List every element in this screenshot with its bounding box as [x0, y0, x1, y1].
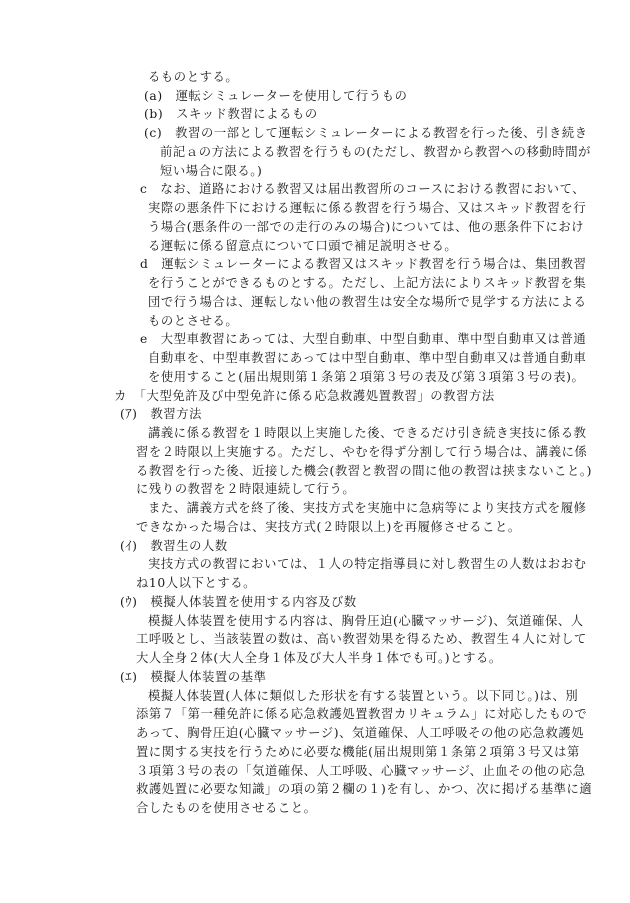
text-line: できなかった場合は、実技方式(２時限以上)を再履修させること。 — [136, 520, 521, 534]
text-line: e 大型車教習にあっては、大型自動車、中型自動車、準中型自動車又は普通 — [140, 332, 586, 346]
text-line: 工呼吸とし、当該装置の数は、高い教習効果を得るため、教習生４人に対して — [136, 632, 587, 646]
text-line: 置に関する実技を行うために必要な機能(届出規則第１条第２項第３号又は第 — [136, 745, 580, 759]
text-line: d 運転シミュレーターによる教習又はスキッド教習を行う場合は、集団教習 — [140, 257, 586, 271]
text-line: 実際の悪条件下における運転に係る教習を行う場合、又はスキッド教習を行 — [148, 201, 586, 215]
text-line: あって、胸骨圧迫(心臓マッサージ)、気道確保、人工呼吸その他の応急救護処 — [136, 726, 584, 740]
text-line: 模擬人体装置(人体に類似した形状を有する装置という。以下同じ。)は、別 — [148, 689, 578, 703]
text-line: 団で行う場合は、運転しない他の教習生は安全な場所で見学する方法による — [148, 295, 587, 309]
text-line: う場合(悪条件の一部での走行のみの場合)については、他の悪条件下におけ — [148, 220, 584, 234]
text-line: 実技方式の教習においては、１人の特定指導員に対し教習生の人数はおおむ — [148, 557, 587, 571]
text-line: また、講義方式を終了後、実技方式を実施中に急病等により実技方式を履修 — [148, 501, 587, 515]
text-line: 合したものを使用させること。 — [136, 801, 317, 815]
text-line: ね10人以下とする。 — [136, 576, 256, 590]
text-line: に残りの教習を２時限連続して行う。 — [136, 482, 355, 496]
text-line: (a) 運転シミュレーターを使用して行うもの — [144, 89, 408, 103]
document-page: るものとする。(a) 運転シミュレーターを使用して行うもの(b) スキッド教習に… — [0, 0, 630, 903]
text-line: (ｳ) 模擬人体装置を使用する内容及び数 — [120, 595, 357, 609]
text-line: (ｲ) 教習生の人数 — [120, 539, 228, 553]
text-line: (ｴ) 模擬人体装置の基準 — [120, 670, 267, 684]
text-line: c なお、道路における教習又は届出教習所のコースにおける教習において、 — [140, 182, 585, 196]
text-line: を行うことができるものとする。ただし、上記方法によりスキッド教習を集 — [148, 276, 586, 290]
text-line: 大人全身２体(大人全身１体及び大人半身１体でも可。)とする。 — [136, 651, 502, 665]
text-line: る教習を行った後、近接した機会(教習と教習の間に他の教習は挟まないこと。) — [136, 464, 592, 478]
text-line: カ 「大型免許及び中型免許に係る応急救護処置教習」の教習方法 — [114, 389, 495, 403]
text-line: 救護処置に必要な知識」の項の第２欄の１)を有し、かつ、次に掲げる基準に適 — [136, 782, 592, 796]
text-line: ３項第３号の表の「気道確保、人工呼吸、心臓マッサージ、止血その他の応急 — [136, 764, 586, 778]
text-line: (ｱ) 教習方法 — [120, 407, 202, 421]
text-line: 自動車を、中型車教習にあっては中型自動車、準中型自動車又は普通自動車 — [148, 351, 586, 365]
text-line: ものとさせる。 — [148, 314, 238, 328]
text-line: 講義に係る教習を１時限以上実施した後、できるだけ引き続き実技に係る教 — [148, 426, 587, 440]
text-line: 模擬人体装置を使用する内容は、胸骨圧迫(心臓マッサージ)、気道確保、人 — [148, 614, 584, 628]
text-line: (c) 教習の一部として運転シミュレーターによる教習を行った後、引き続き — [144, 126, 588, 140]
text-line: 添第７「第一種免許に係る応急救護処置教習カリキュラム」に対応したもので — [136, 707, 587, 721]
text-line: (b) スキッド教習によるもの — [144, 107, 318, 121]
text-line: る運転に係る留意点について口頭で補足説明させる。 — [148, 239, 457, 253]
text-line: 習を２時限以上実施する。ただし、やむを得ず分割して行う場合は、講義に係 — [136, 445, 587, 459]
text-line: 短い場合に限る。) — [160, 164, 262, 178]
text-line: 前記ａの方法による教習を行うもの(ただし、教習から教習への移動時間が — [160, 145, 591, 159]
text-line: るものとする。 — [148, 70, 238, 84]
text-line: を使用すること(届出規則第１条第２項第３号の表及び第３項第３号の表)。 — [148, 370, 584, 384]
